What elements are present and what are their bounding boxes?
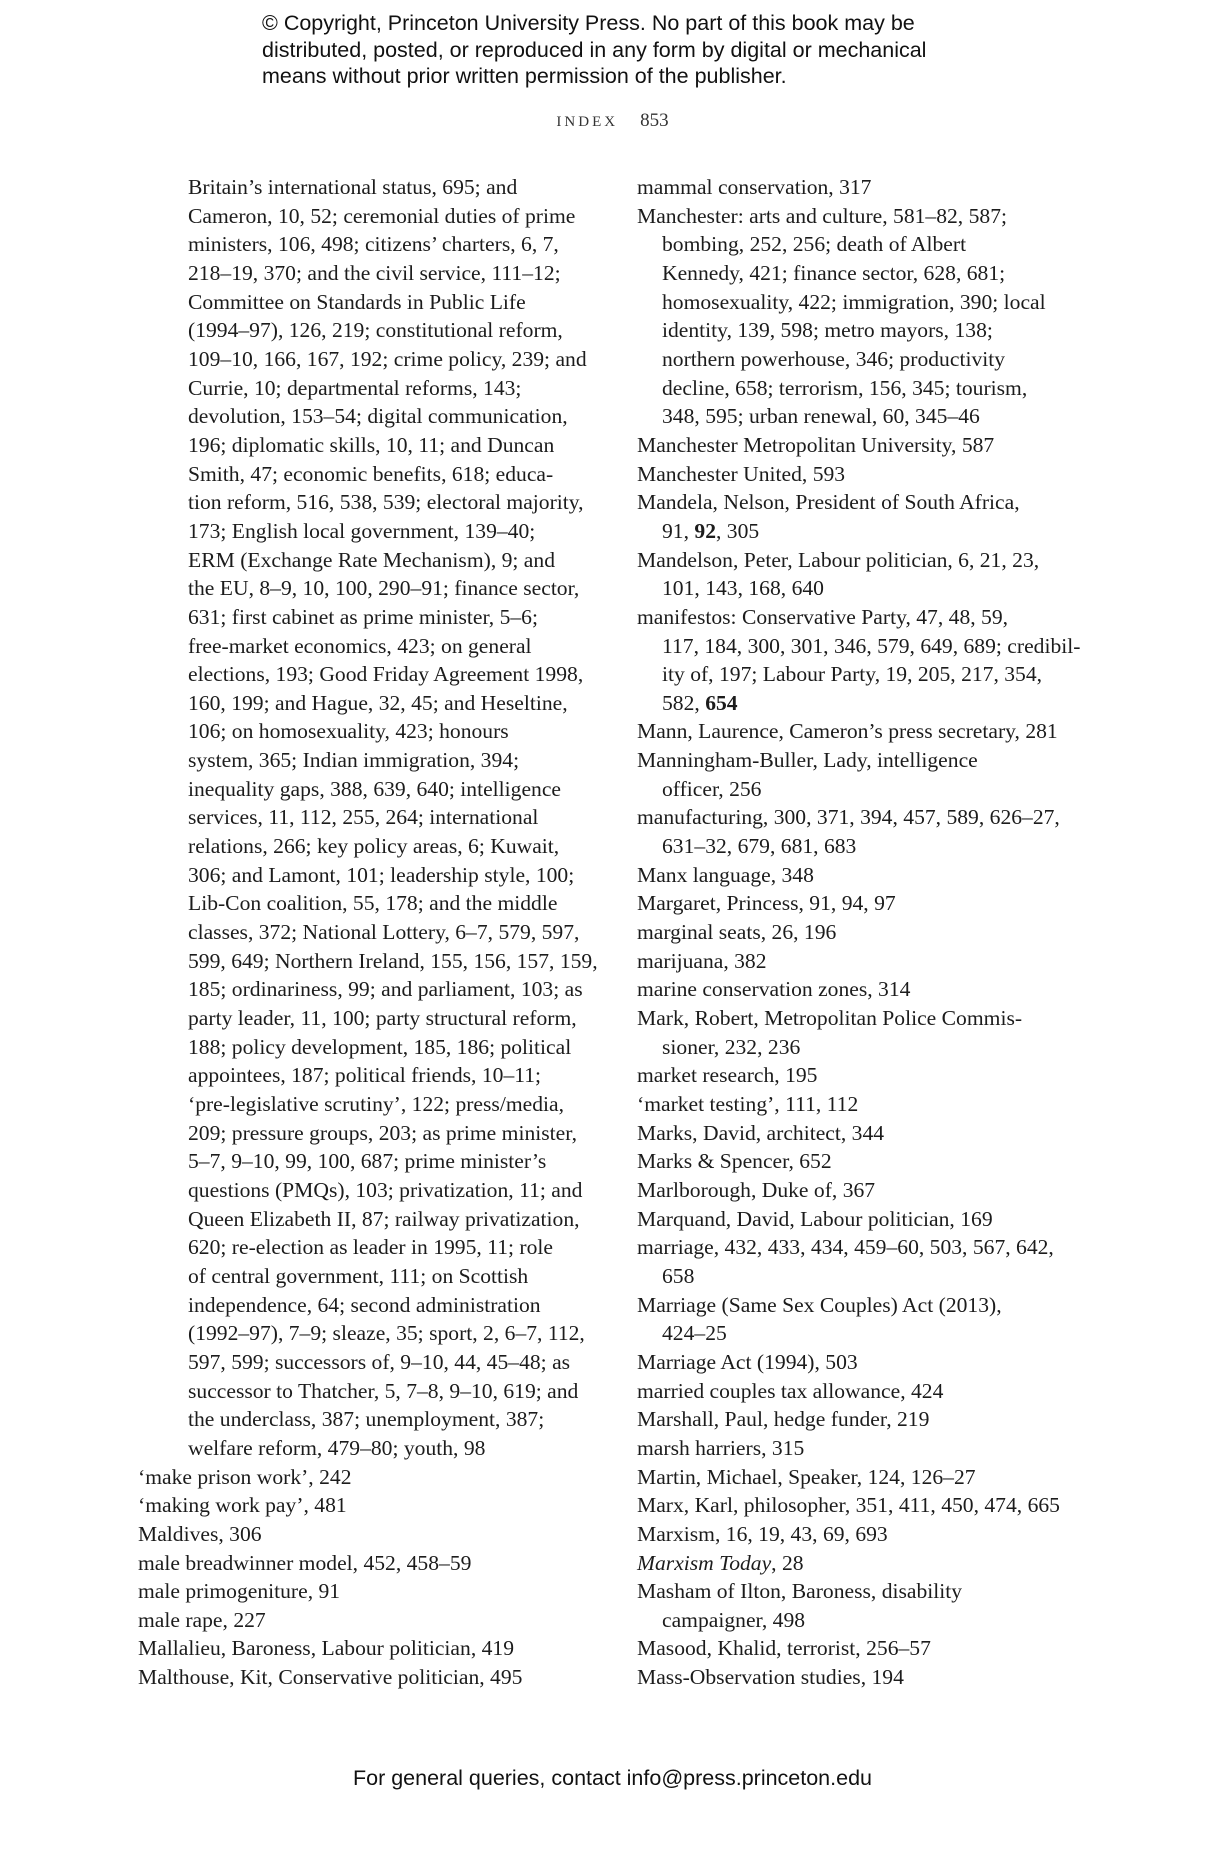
index-entry: male rape, 227 (138, 1606, 603, 1635)
index-subline: 582, 654 (637, 689, 1087, 718)
index-line: Smith, 47; economic benefits, 618; educa… (188, 460, 603, 489)
index-line: elections, 193; Good Friday Agreement 19… (188, 660, 603, 689)
index-line: Mandelson, Peter, Labour politician, 6, … (637, 546, 1087, 575)
index-line: appointees, 187; political friends, 10–1… (188, 1061, 603, 1090)
index-line: Marshall, Paul, hedge funder, 219 (637, 1405, 1087, 1434)
index-line: services, 11, 112, 255, 264; internation… (188, 803, 603, 832)
index-line: Manx language, 348 (637, 861, 1087, 890)
index-line: the underclass, 387; unemployment, 387; (188, 1405, 603, 1434)
index-line: Manningham-Buller, Lady, intelligence (637, 746, 1087, 775)
index-line: Marriage Act (1994), 503 (637, 1348, 1087, 1377)
index-entry: Marks, David, architect, 344 (637, 1119, 1087, 1148)
index-line: Marx, Karl, philosopher, 351, 411, 450, … (637, 1491, 1087, 1520)
index-entry-continued: Britain’s international status, 695; and… (163, 173, 603, 1463)
page-number: 853 (640, 110, 669, 131)
copyright-line: distributed, posted, or reproduced in an… (262, 37, 1022, 64)
index-subline: 101, 143, 168, 640 (637, 574, 1087, 603)
index-subline: 117, 184, 300, 301, 346, 579, 649, 689; … (637, 632, 1087, 661)
index-line: 160, 199; and Hague, 32, 45; and Heselti… (188, 689, 603, 718)
index-line: Mann, Laurence, Cameron’s press secretar… (637, 717, 1087, 746)
index-line: Marriage (Same Sex Couples) Act (2013), (637, 1291, 1087, 1320)
index-line: 306; and Lamont, 101; leadership style, … (188, 861, 603, 890)
index-line: Malthouse, Kit, Conservative politician,… (138, 1663, 603, 1692)
index-line: ‘pre-legislative scrutiny’, 122; press/m… (188, 1090, 603, 1119)
index-subline: Kennedy, 421; finance sector, 628, 681; (637, 259, 1087, 288)
index-entry: marijuana, 382 (637, 947, 1087, 976)
index-line: Marks, David, architect, 344 (637, 1119, 1087, 1148)
index-line: marginal seats, 26, 196 (637, 918, 1087, 947)
index-entry: Mark, Robert, Metropolitan Police Commis… (637, 1004, 1087, 1061)
index-line: Queen Elizabeth II, 87; railway privatiz… (188, 1205, 603, 1234)
page-refs: 91, (662, 519, 694, 543)
index-entry: Manchester: arts and culture, 581–82, 58… (637, 202, 1087, 431)
index-line: Committee on Standards in Public Life (188, 288, 603, 317)
index-line: mammal conservation, 317 (637, 173, 1087, 202)
index-entry: ‘market testing’, 111, 112 (637, 1090, 1087, 1119)
index-line: Mandela, Nelson, President of South Afri… (637, 488, 1087, 517)
page-refs: , 28 (771, 1551, 803, 1575)
index-entry: Marxism, 16, 19, 43, 69, 693 (637, 1520, 1087, 1549)
footer-contact: For general queries, contact info@press.… (0, 1766, 1225, 1791)
index-entry: Manx language, 348 (637, 861, 1087, 890)
index-line: Marxism, 16, 19, 43, 69, 693 (637, 1520, 1087, 1549)
page-refs: , 305 (716, 519, 759, 543)
index-entry: Manningham-Buller, Lady, intelligenceoff… (637, 746, 1087, 803)
index-line: Marquand, David, Labour politician, 169 (637, 1205, 1087, 1234)
index-line: 109–10, 166, 167, 192; crime policy, 239… (188, 345, 603, 374)
index-entry: mammal conservation, 317 (637, 173, 1087, 202)
index-entry: Mandelson, Peter, Labour politician, 6, … (637, 546, 1087, 603)
index-entry: manifestos: Conservative Party, 47, 48, … (637, 603, 1087, 718)
index-subline: northern powerhouse, 346; productivity (637, 345, 1087, 374)
index-line: male primogeniture, 91 (138, 1577, 603, 1606)
index-line: ministers, 106, 498; citizens’ charters,… (188, 230, 603, 259)
index-line: ‘make prison work’, 242 (138, 1463, 603, 1492)
index-entry: Martin, Michael, Speaker, 124, 126–27 (637, 1463, 1087, 1492)
index-entry: Mann, Laurence, Cameron’s press secretar… (637, 717, 1087, 746)
index-line: the EU, 8–9, 10, 100, 290–91; finance se… (188, 574, 603, 603)
index-line: 188; policy development, 185, 186; polit… (188, 1033, 603, 1062)
index-line: system, 365; Indian immigration, 394; (188, 746, 603, 775)
index-entry: manufacturing, 300, 371, 394, 457, 589, … (637, 803, 1087, 860)
index-line: Manchester United, 593 (637, 460, 1087, 489)
index-entry: Marlborough, Duke of, 367 (637, 1176, 1087, 1205)
index-line: ‘making work pay’, 481 (138, 1491, 603, 1520)
index-entry: marriage, 432, 433, 434, 459–60, 503, 56… (637, 1233, 1087, 1290)
index-entry: Marks & Spencer, 652 (637, 1147, 1087, 1176)
index-line: marriage, 432, 433, 434, 459–60, 503, 56… (637, 1233, 1087, 1262)
index-entry: Maldives, 306 (138, 1520, 603, 1549)
copyright-notice: © Copyright, Princeton University Press.… (262, 10, 1022, 90)
index-subline: 658 (637, 1262, 1087, 1291)
index-line: 209; pressure groups, 203; as prime mini… (188, 1119, 603, 1148)
index-entry: Marquand, David, Labour politician, 169 (637, 1205, 1087, 1234)
index-entry: Manchester Metropolitan University, 587 (637, 431, 1087, 460)
index-line: 597, 599; successors of, 9–10, 44, 45–48… (188, 1348, 603, 1377)
index-subline: ity of, 197; Labour Party, 19, 205, 217,… (637, 660, 1087, 689)
index-line: ‘market testing’, 111, 112 (637, 1090, 1087, 1119)
index-line: market research, 195 (637, 1061, 1087, 1090)
index-line: 173; English local government, 139–40; (188, 517, 603, 546)
index-line: Mallalieu, Baroness, Labour politician, … (138, 1634, 603, 1663)
index-line: successor to Thatcher, 5, 7–8, 9–10, 619… (188, 1377, 603, 1406)
running-head-label: INDEX (556, 114, 618, 130)
index-column-left: Britain’s international status, 695; and… (163, 173, 603, 1692)
index-line: Manchester: arts and culture, 581–82, 58… (637, 202, 1087, 231)
index-entry: Marshall, Paul, hedge funder, 219 (637, 1405, 1087, 1434)
copyright-line: means without prior written permission o… (262, 63, 1022, 90)
index-line: marsh harriers, 315 (637, 1434, 1087, 1463)
index-entry: Malthouse, Kit, Conservative politician,… (138, 1663, 603, 1692)
index-line: manufacturing, 300, 371, 394, 457, 589, … (637, 803, 1087, 832)
illustration-page-ref: 654 (705, 691, 737, 715)
index-entry: Margaret, Princess, 91, 94, 97 (637, 889, 1087, 918)
index-line: Britain’s international status, 695; and (188, 173, 603, 202)
index-line: relations, 266; key policy areas, 6; Kuw… (188, 832, 603, 861)
index-line: tion reform, 516, 538, 539; electoral ma… (188, 488, 603, 517)
index-entry: Marxism Today, 28 (637, 1549, 1087, 1578)
index-entry: marine conservation zones, 314 (637, 975, 1087, 1004)
index-line: Margaret, Princess, 91, 94, 97 (637, 889, 1087, 918)
publication-title: Marxism Today (637, 1551, 771, 1575)
index-line: party leader, 11, 100; party structural … (188, 1004, 603, 1033)
index-line: Marks & Spencer, 652 (637, 1147, 1087, 1176)
index-entry: Marriage Act (1994), 503 (637, 1348, 1087, 1377)
index-line: classes, 372; National Lottery, 6–7, 579… (188, 918, 603, 947)
index-subline: identity, 139, 598; metro mayors, 138; (637, 316, 1087, 345)
index-line: (1992–97), 7–9; sleaze, 35; sport, 2, 6–… (188, 1319, 603, 1348)
index-entry: Marx, Karl, philosopher, 351, 411, 450, … (637, 1491, 1087, 1520)
index-line: 5–7, 9–10, 99, 100, 687; prime minister’… (188, 1147, 603, 1176)
page-refs: 582, (662, 691, 705, 715)
index-line: (1994–97), 126, 219; constitutional refo… (188, 316, 603, 345)
index-entry: market research, 195 (637, 1061, 1087, 1090)
index-line: Mark, Robert, Metropolitan Police Commis… (637, 1004, 1087, 1033)
index-line: free-market economics, 423; on general (188, 632, 603, 661)
index-line: Masood, Khalid, terrorist, 256–57 (637, 1634, 1087, 1663)
index-entry: Mass-Observation studies, 194 (637, 1663, 1087, 1692)
index-subline: 631–32, 679, 681, 683 (637, 832, 1087, 861)
index-subline: officer, 256 (637, 775, 1087, 804)
index-line: inequality gaps, 388, 639, 640; intellig… (188, 775, 603, 804)
index-line: Currie, 10; departmental reforms, 143; (188, 374, 603, 403)
index-subline: decline, 658; terrorism, 156, 345; touri… (637, 374, 1087, 403)
index-line: questions (PMQs), 103; privatization, 11… (188, 1176, 603, 1205)
index-line: 599, 649; Northern Ireland, 155, 156, 15… (188, 947, 603, 976)
index-entry: ‘make prison work’, 242 (138, 1463, 603, 1492)
index-line: marine conservation zones, 314 (637, 975, 1087, 1004)
index-line: 106; on homosexuality, 423; honours (188, 717, 603, 746)
index-line: 218–19, 370; and the civil service, 111–… (188, 259, 603, 288)
index-entry: Masood, Khalid, terrorist, 256–57 (637, 1634, 1087, 1663)
index-line: independence, 64; second administration (188, 1291, 603, 1320)
index-entry: Masham of Ilton, Baroness, disabilitycam… (637, 1577, 1087, 1634)
index-line: 620; re-election as leader in 1995, 11; … (188, 1233, 603, 1262)
index-subline: 424–25 (637, 1319, 1087, 1348)
index-line: 631; first cabinet as prime minister, 5–… (188, 603, 603, 632)
index-line: male breadwinner model, 452, 458–59 (138, 1549, 603, 1578)
index-entry: male breadwinner model, 452, 458–59 (138, 1549, 603, 1578)
index-line: Martin, Michael, Speaker, 124, 126–27 (637, 1463, 1087, 1492)
index-line: ERM (Exchange Rate Mechanism), 9; and (188, 546, 603, 575)
index-entry: married couples tax allowance, 424 (637, 1377, 1087, 1406)
index-entry: ‘making work pay’, 481 (138, 1491, 603, 1520)
index-line: married couples tax allowance, 424 (637, 1377, 1087, 1406)
index-line: Marxism Today, 28 (637, 1549, 1087, 1578)
index-line: Mass-Observation studies, 194 (637, 1663, 1087, 1692)
index-entry: male primogeniture, 91 (138, 1577, 603, 1606)
index-entry: Marriage (Same Sex Couples) Act (2013),4… (637, 1291, 1087, 1348)
index-subline: homosexuality, 422; immigration, 390; lo… (637, 288, 1087, 317)
index-line: Marlborough, Duke of, 367 (637, 1176, 1087, 1205)
index-subline: sioner, 232, 236 (637, 1033, 1087, 1062)
index-column-right: mammal conservation, 317Manchester: arts… (637, 173, 1087, 1692)
index-entry: Mandela, Nelson, President of South Afri… (637, 488, 1087, 545)
index-line: welfare reform, 479–80; youth, 98 (188, 1434, 603, 1463)
index-line: marijuana, 382 (637, 947, 1087, 976)
copyright-line: © Copyright, Princeton University Press.… (262, 10, 1022, 37)
index-subline: bombing, 252, 256; death of Albert (637, 230, 1087, 259)
index-entry: marsh harriers, 315 (637, 1434, 1087, 1463)
index-line: 196; diplomatic skills, 10, 11; and Dunc… (188, 431, 603, 460)
index-subline: 91, 92, 305 (637, 517, 1087, 546)
index-line: Cameron, 10, 52; ceremonial duties of pr… (188, 202, 603, 231)
index-line: 185; ordinariness, 99; and parliament, 1… (188, 975, 603, 1004)
index-line: Masham of Ilton, Baroness, disability (637, 1577, 1087, 1606)
index-subline: campaigner, 498 (637, 1606, 1087, 1635)
index-entry: Mallalieu, Baroness, Labour politician, … (138, 1634, 603, 1663)
index-line: male rape, 227 (138, 1606, 603, 1635)
index-entry: marginal seats, 26, 196 (637, 918, 1087, 947)
index-line: Maldives, 306 (138, 1520, 603, 1549)
running-head: INDEX853 (0, 110, 1225, 132)
index-line: of central government, 111; on Scottish (188, 1262, 603, 1291)
illustration-page-ref: 92 (694, 519, 716, 543)
index-line: Lib-Con coalition, 55, 178; and the midd… (188, 889, 603, 918)
index-line: Manchester Metropolitan University, 587 (637, 431, 1087, 460)
index-line: manifestos: Conservative Party, 47, 48, … (637, 603, 1087, 632)
index-subline: 348, 595; urban renewal, 60, 345–46 (637, 402, 1087, 431)
index-entry: Manchester United, 593 (637, 460, 1087, 489)
index-line: devolution, 153–54; digital communicatio… (188, 402, 603, 431)
